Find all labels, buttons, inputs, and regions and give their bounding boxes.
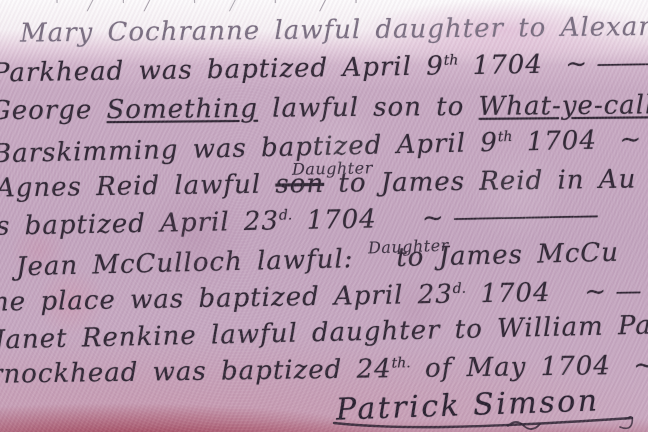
register-page-scan: ' / ' / ' / ' / ' Mary Cochranne lawful … — [0, 0, 648, 432]
entry-line-3: George Something lawful son to What-ye-c… — [0, 91, 648, 126]
ordinal-superscript: th — [498, 129, 513, 145]
pen-flourish: ~ ———— — [543, 48, 648, 80]
handwritten-text: rnockhead was baptized 24 — [0, 354, 392, 390]
handwritten-text: 1704 — [458, 50, 543, 81]
handwritten-text: 1704 — [292, 204, 377, 236]
handwritten-text: 1704 — [466, 278, 551, 309]
handwritten-text: of May 1704 — [411, 351, 611, 384]
entry-line-6: s baptized April 23d. 1704 ~ —————— — [0, 201, 597, 241]
entry-line-10: rnockhead was baptized 24th. of May 1704… — [0, 351, 648, 389]
pen-flourish: ~~ — [611, 350, 648, 381]
signature-flourish — [330, 413, 642, 431]
handwritten-text: lawful son to — [258, 92, 479, 124]
ordinal-superscript: d. — [453, 281, 467, 297]
handwritten-text: Mary Cochranne lawful daughter to Alexan… — [20, 11, 648, 48]
underlined-word: What-ye-call-her — [478, 90, 648, 122]
ordinal-superscript: th. — [391, 355, 410, 371]
underlined-word: Something — [106, 94, 258, 125]
pen-flourish: ~ —————— — [377, 200, 598, 234]
inserted-word-daughter: Daughter — [368, 236, 449, 258]
entry-line-1: Mary Cochranne lawful daughter to Alexan… — [20, 12, 648, 48]
ordinal-superscript: th — [444, 53, 459, 69]
entry-line-7: Jean McCulloch lawful: to James McCu — [16, 239, 620, 282]
entry-line-9: Janet Renkine lawful daughter to William… — [0, 312, 648, 356]
handwritten-text: Janet Renkine lawful daughter to William… — [0, 311, 648, 356]
handwritten-text: Jean McCulloch lawful: — [16, 244, 354, 282]
handwritten-text: ne place was baptized April 23 — [0, 280, 453, 318]
handwritten-text: s baptized April 23 — [0, 206, 279, 241]
entry-line-2: Parkhead was baptized April 9th 1704 ~ —… — [0, 49, 648, 89]
handwritten-text: George — [0, 95, 107, 126]
pen-flourish: ~ — — [550, 276, 639, 308]
stray-pen-marks: ' / ' / ' / ' / ' — [55, 0, 645, 14]
handwritten-text: Agnes Reid lawful — [0, 170, 276, 204]
handwritten-text: Barskimming was baptized April 9 — [0, 128, 498, 169]
handwritten-text: 1704 — [512, 126, 597, 158]
pen-flourish: ~ — [597, 125, 640, 156]
entry-line-8: ne place was baptized April 23d. 1704 ~ … — [0, 277, 640, 317]
inserted-word-daughter: Daughter — [292, 158, 373, 178]
handwritten-text: Parkhead was baptized April 9 — [0, 51, 444, 88]
ordinal-superscript: d. — [279, 207, 293, 223]
